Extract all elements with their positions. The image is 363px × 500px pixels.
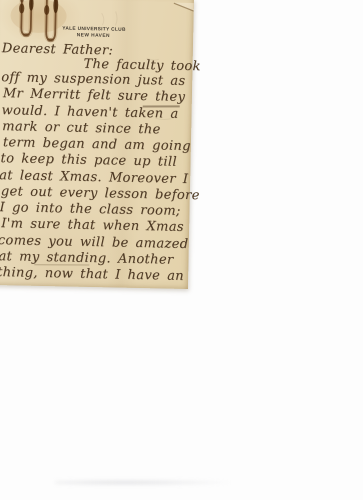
scanned-letter-page: YALE UNIVERSITY CLUB NEW HAVEN [0,0,363,500]
scan-smudge [55,479,230,486]
letter-salutation: Dearest Father: [2,41,114,58]
letter-paper: YALE UNIVERSITY CLUB NEW HAVEN [0,0,194,289]
ink-underline [34,264,89,265]
ink-underline [143,105,180,107]
letter-body: off my suspension just as Mr Merritt fel… [0,70,191,285]
